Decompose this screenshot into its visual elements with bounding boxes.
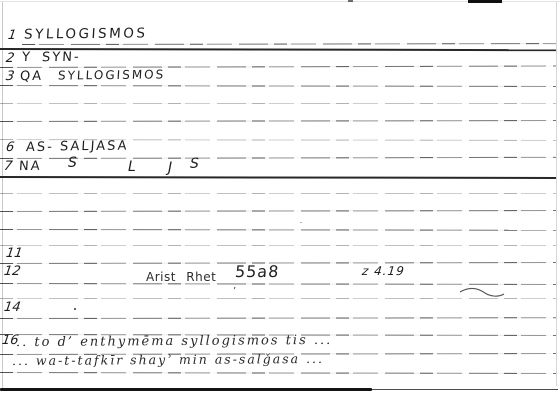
root-letter-2: L: [128, 160, 136, 174]
card-left-edge: [2, 2, 3, 388]
ruled-line: [0, 193, 556, 194]
scanned-index-card: 1 SYLLOGISMOS 2 Y SYN- 3 QA SYLLOGISMOS …: [0, 0, 560, 398]
card-bottom-edge-thin: [372, 389, 558, 390]
pen-flourish: [458, 285, 506, 299]
ink-speck: ’: [233, 287, 236, 297]
field-7-abbr: NA: [19, 160, 42, 173]
scan-smudge: [468, 0, 502, 3]
field-2-text: SYN-: [42, 51, 81, 64]
field-1-number: 1: [7, 29, 17, 42]
field-2-abbr: Y: [22, 51, 33, 64]
ruled-line: [0, 103, 556, 104]
field-6-abbr: AS-: [26, 141, 55, 154]
ink-speck: [300, 222, 302, 223]
ruled-line: [0, 120, 556, 122]
lemma-greek: SYLLOGISMOS: [24, 27, 148, 42]
root-letter-4: S: [190, 157, 199, 171]
citation-text: Arist Rhet: [146, 271, 216, 283]
field-6-number: 6: [5, 141, 15, 154]
card-bottom-edge: [0, 388, 372, 391]
ruled-line-heavy: [0, 176, 556, 178]
field-12-number: 12: [3, 265, 21, 278]
ruled-line: [0, 229, 556, 231]
card-right-edge: [556, 2, 557, 386]
ruled-line: [0, 372, 556, 374]
date-note: z 4.19: [361, 265, 405, 277]
ruled-line: [0, 85, 556, 87]
quote-greek: .. to d’ enthymēma syllogismos tis ...: [16, 334, 332, 349]
ruled-line: [0, 245, 556, 246]
root-letter-3: J: [168, 161, 172, 175]
ruled-line: [0, 317, 556, 319]
ruled-line: [22, 43, 556, 45]
ruled-line: [0, 157, 556, 159]
scan-smudge: [348, 0, 353, 2]
ruled-line: [0, 210, 556, 212]
field-3-number: 3: [5, 70, 15, 83]
field-3-abbr: QA: [20, 70, 44, 83]
field-3-text: SYLLOGISMOS: [58, 68, 166, 81]
field-2-number: 2: [5, 52, 15, 65]
ruled-line-heavy: [0, 48, 556, 51]
ink-speck: [74, 308, 76, 310]
field-7-number: 7: [3, 160, 13, 173]
citation-locus: 55a8: [234, 264, 280, 280]
quote-arabic: ... wa-t-tafkīr shayʾ min as-salǧasa ...: [12, 353, 324, 368]
field-11-number: 11: [5, 247, 23, 260]
lemma-arabic-translit: SALJASA: [60, 140, 129, 154]
field-14-number: 14: [3, 301, 21, 314]
root-letter-1: S: [68, 156, 77, 170]
